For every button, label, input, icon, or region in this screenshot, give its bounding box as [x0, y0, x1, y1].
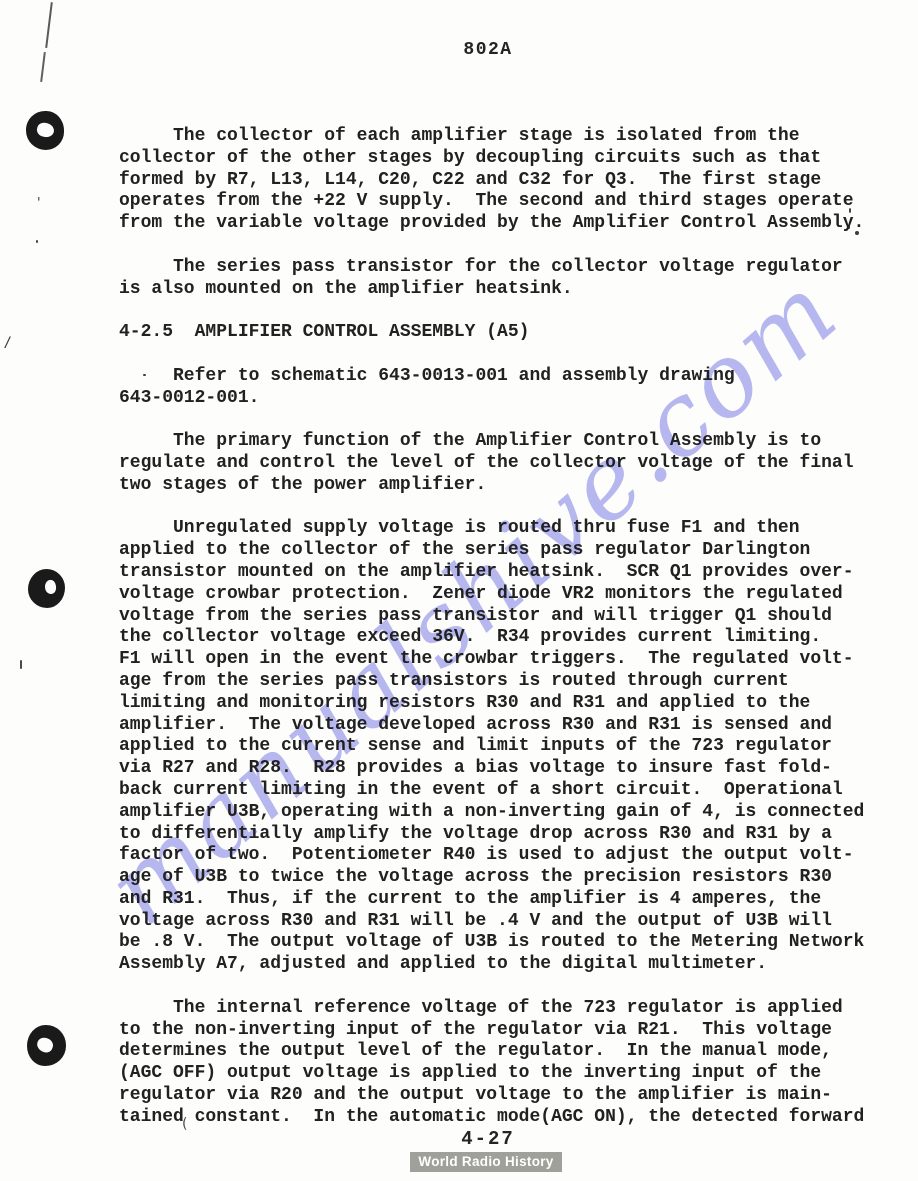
stray-mark: /: [4, 333, 12, 352]
document-number: 802A: [112, 40, 864, 61]
page-body: The collector of each amplifier stage is…: [119, 126, 879, 1150]
scratch-mark: [40, 52, 45, 82]
footer-badge: World Radio History: [410, 1152, 562, 1172]
hole-punch-bottom: [27, 1025, 66, 1066]
paragraph-refer-schematic: Refer to schematic 643-0013-001 and asse…: [119, 366, 879, 410]
scan-speck: [20, 660, 22, 669]
stray-mark: ': [37, 196, 41, 211]
paragraph-reference-voltage: The internal reference voltage of the 72…: [119, 998, 879, 1129]
paragraph-regulator-description: Unregulated supply voltage is routed thr…: [119, 518, 879, 976]
page-number: 4-27: [112, 1128, 864, 1150]
hole-punch-top: [26, 111, 64, 150]
hole-punch-middle: [28, 569, 65, 608]
paragraph-series-pass: The series pass transistor for the colle…: [119, 257, 879, 301]
paragraph-primary-function: The primary function of the Amplifier Co…: [119, 431, 879, 496]
paragraph-collector-isolation: The collector of each amplifier stage is…: [119, 126, 879, 235]
section-heading: 4-2.5 AMPLIFIER CONTROL ASSEMBLY (A5): [119, 322, 879, 344]
scanned-manual-page: manualshive.com ' / ( 802A The collector…: [0, 0, 918, 1181]
scan-speck: [36, 240, 38, 243]
scratch-mark: [45, 2, 52, 48]
